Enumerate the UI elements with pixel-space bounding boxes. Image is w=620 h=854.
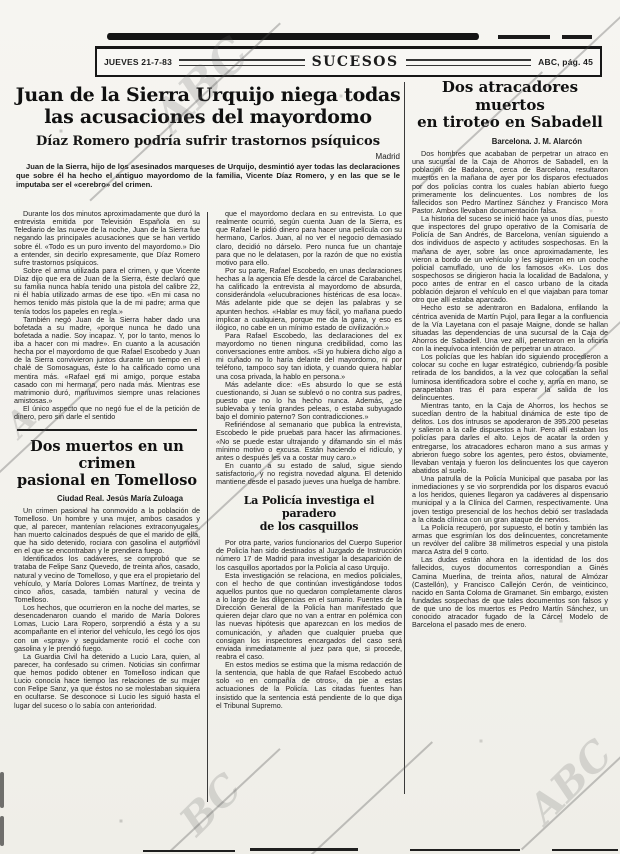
- watermark-slash: [307, 741, 432, 854]
- article-paragraph: Durante los dos minutos aproximadamente …: [14, 210, 200, 267]
- article-paragraph: Los policías que les habían ido siguiend…: [412, 353, 608, 402]
- article-paragraph: También negó Juan de la Sierra haber dad…: [14, 316, 200, 405]
- column-right: Dos atracadores muertos en tiroteo en Sa…: [412, 79, 608, 629]
- column-middle: que el mayordomo declara en su entrevist…: [216, 210, 402, 710]
- column-divider: [207, 212, 208, 802]
- scan-noise: [0, 0, 2, 2]
- article-paragraph: Identificados los cadáveres, se comprobó…: [14, 555, 200, 604]
- abc-watermark: ABC: [522, 733, 619, 830]
- article-paragraph: La Guardia Civil ha detenido a Lucio Lar…: [14, 653, 200, 710]
- top-rule-dash: [562, 35, 592, 39]
- watermark-slash: [521, 740, 620, 850]
- main-subhead: Díaz Romero podría sufrir trastornos psí…: [14, 134, 402, 149]
- article-paragraph: La historia del suceso se inició hace ya…: [412, 215, 608, 304]
- article-paragraph: Más adelante dice: «Es absurdo lo que se…: [216, 381, 402, 422]
- bottom-rule-segment: [143, 850, 235, 852]
- section-divider: [17, 429, 197, 431]
- scan-edge-artifact: [0, 816, 4, 846]
- casquillos-headline: La Policía investiga el paradero de los …: [216, 495, 402, 534]
- masthead-section-title: SUCESOS: [312, 54, 399, 70]
- masthead-rule: [179, 59, 305, 66]
- article-paragraph: Hecho esto se adentraron en Badalona, en…: [412, 304, 608, 353]
- article-paragraph: Las dudas están ahora en la identidad de…: [412, 556, 608, 629]
- tomelloso-headline: Dos muertos en un crimen pasional en Tom…: [14, 438, 200, 489]
- article-paragraph: La Policía recuperó, por supuesto, el bo…: [412, 524, 608, 557]
- article-paragraph: Para Rafael Escobedo, las declaraciones …: [216, 332, 402, 381]
- lead-paragraph: Juan de la Sierra, hijo de los asesinado…: [14, 162, 402, 189]
- top-rule-dash: [498, 35, 550, 39]
- bottom-rule-segment: [552, 849, 618, 851]
- main-article-header: Juan de la Sierra Urquijo niega todas la…: [14, 84, 402, 189]
- masthead: JUEVES 21-7-83 SUCESOS ABC, pág. 45: [95, 46, 602, 77]
- article-paragraph: Por su parte, Rafael Escobedo, en unas d…: [216, 267, 402, 332]
- article-paragraph: Mientras tanto, en la Caja de Ahorros, l…: [412, 402, 608, 475]
- article-paragraph: Los hechos, que ocurrieron en la noche d…: [14, 604, 200, 653]
- article-paragraph: Dos hombres que acababan de perpetrar un…: [412, 150, 608, 215]
- article-paragraph: El único aspecto que no negó fue el de l…: [14, 405, 200, 421]
- column-left: Durante los dos minutos aproximadamente …: [14, 210, 200, 710]
- watermark-slash: [170, 748, 281, 851]
- sabadell-headline: Dos atracadores muertos en tiroteo en Sa…: [412, 79, 608, 132]
- article-paragraph: Esta investigación se relaciona, en medi…: [216, 572, 402, 661]
- dateline-madrid: Madrid: [14, 152, 400, 161]
- scan-edge-artifact: [0, 772, 4, 808]
- article-paragraph: En estos medios se estima que la misma r…: [216, 661, 402, 710]
- bottom-rule-segment: [250, 848, 358, 851]
- article-paragraph: Un crimen pasional ha conmovido a la pob…: [14, 507, 200, 556]
- main-headline: Juan de la Sierra Urquijo niega todas la…: [14, 84, 402, 129]
- article-paragraph: Por otra parte, varios funcionarios del …: [216, 539, 402, 572]
- bottom-rule-segment: [410, 849, 520, 851]
- top-rule-bar: [107, 33, 479, 40]
- masthead-date: JUEVES 21-7-83: [104, 57, 172, 67]
- masthead-page-number: ABC, pág. 45: [538, 57, 593, 67]
- article-paragraph: Sobre el arma utilizada para el crimen, …: [14, 267, 200, 316]
- column-divider: [404, 82, 405, 794]
- newspaper-page: JUEVES 21-7-83 SUCESOS ABC, pág. 45 Juan…: [0, 0, 620, 854]
- article-paragraph: que el mayordomo declara en su entrevist…: [216, 210, 402, 267]
- sabadell-byline: Barcelona. J. M. Alarcón: [412, 137, 608, 146]
- tomelloso-byline: Ciudad Real. Jesús María Zuloaga: [14, 494, 200, 503]
- article-paragraph: En cuanto a su estado de salud, sigue si…: [216, 462, 402, 486]
- masthead-rule: [406, 59, 532, 66]
- abc-watermark: BC: [174, 767, 249, 842]
- article-paragraph: Una patrulla de la Policía Municipal que…: [412, 475, 608, 524]
- article-paragraph: Refiriéndose al semanario que publica la…: [216, 421, 402, 462]
